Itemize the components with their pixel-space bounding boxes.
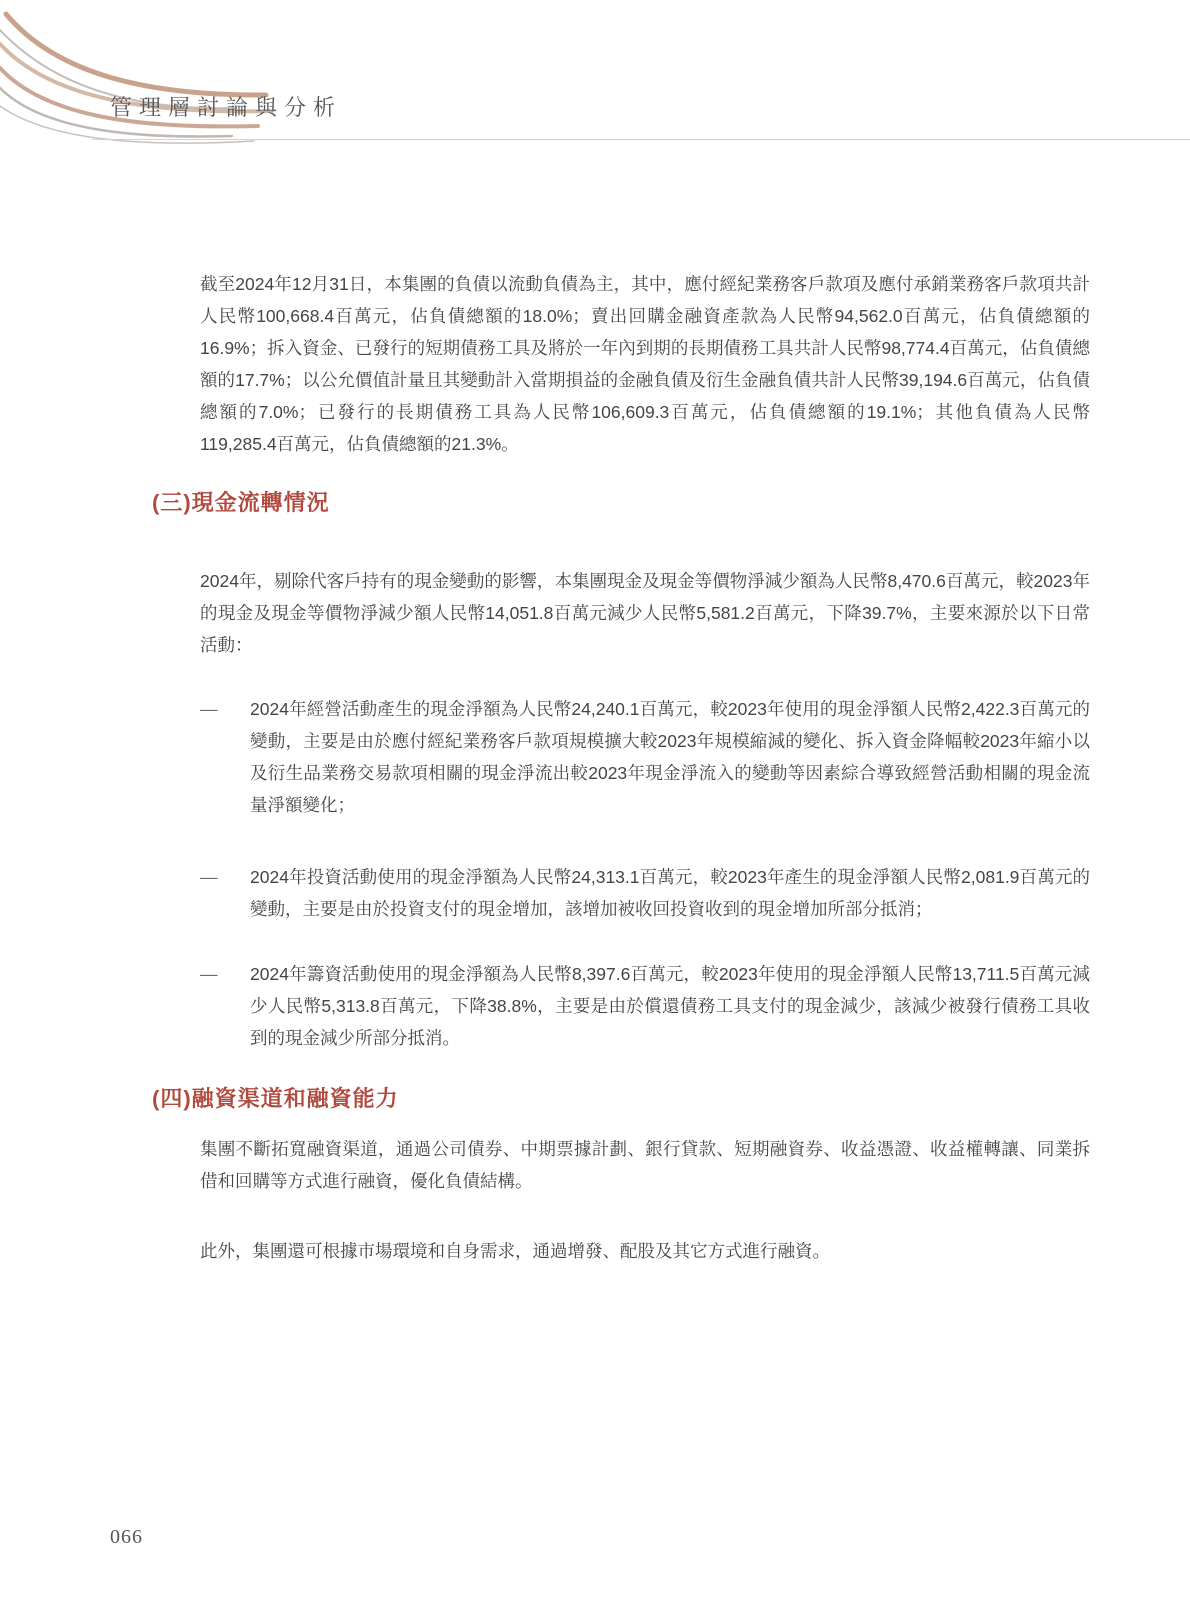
bullet-dash-icon: — xyxy=(200,861,250,925)
cash-flow-bullet-operating: — 2024年經營活動產生的現金淨額為人民幣24,240.1百萬元，較2023年… xyxy=(200,693,1090,821)
bullet-text: 2024年籌資活動使用的現金淨額為人民幣8,397.6百萬元，較2023年使用的… xyxy=(250,958,1090,1054)
section-3-heading-cash-flow: (三)現金流轉情況 xyxy=(152,488,1090,518)
cash-flow-intro-paragraph: 2024年，剔除代客戶持有的現金變動的影響，本集團現金及現金等價物淨減少額為人民… xyxy=(200,565,1090,661)
page-number: 066 xyxy=(110,1526,143,1549)
bullet-dash-icon: — xyxy=(200,958,250,1054)
cash-flow-bullet-financing: — 2024年籌資活動使用的現金淨額為人民幣8,397.6百萬元，較2023年使… xyxy=(200,958,1090,1054)
document-body: 截至2024年12月31日，本集團的負債以流動負債為主，其中，應付經紀業務客戶款… xyxy=(152,268,1090,1267)
cash-flow-bullet-investing: — 2024年投資活動使用的現金淨額為人民幣24,313.1百萬元，較2023年… xyxy=(200,861,1090,925)
financing-channels-paragraph: 集團不斷拓寬融資渠道，通過公司債券、中期票據計劃、銀行貸款、短期融資券、收益憑證… xyxy=(200,1133,1090,1197)
liabilities-breakdown-paragraph: 截至2024年12月31日，本集團的負債以流動負債為主，其中，應付經紀業務客戶款… xyxy=(200,268,1090,460)
bullet-dash-icon: — xyxy=(200,693,250,821)
page-header-title: 管理層討論與分析 xyxy=(110,94,342,122)
bullet-text: 2024年投資活動使用的現金淨額為人民幣24,313.1百萬元，較2023年產生… xyxy=(250,861,1090,925)
corner-swoosh-decoration xyxy=(0,0,290,145)
additional-financing-paragraph: 此外，集團還可根據市場環境和自身需求，通過增發、配股及其它方式進行融資。 xyxy=(200,1235,1090,1267)
header-divider-line xyxy=(92,139,1190,140)
bullet-text: 2024年經營活動產生的現金淨額為人民幣24,240.1百萬元，較2023年使用… xyxy=(250,693,1090,821)
report-page: 管理層討論與分析 截至2024年12月31日，本集團的負債以流動負債為主，其中，… xyxy=(0,0,1190,1615)
section-4-heading-financing-channels: (四)融資渠道和融資能力 xyxy=(152,1084,1090,1114)
